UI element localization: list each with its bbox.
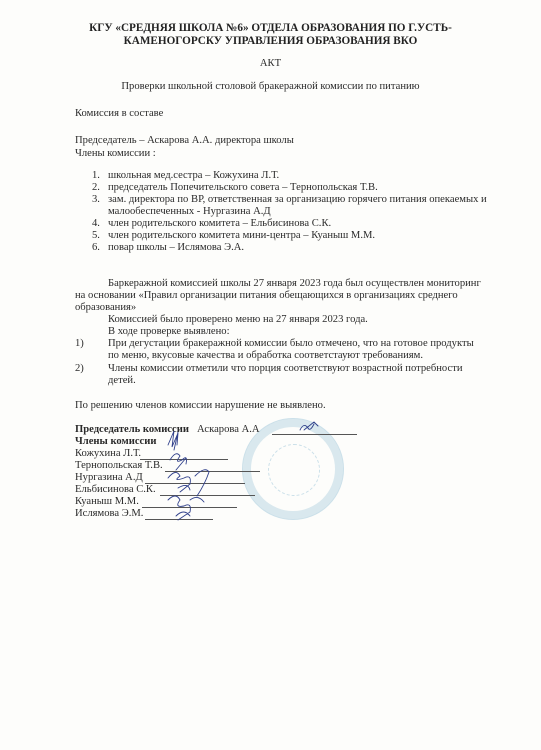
document-page: КГУ «СРЕДНЯЯ ШКОЛА №6» ОТДЕЛА ОБРАЗОВАНИ… [0,0,541,750]
handwritten-signatures-icon [0,0,541,750]
